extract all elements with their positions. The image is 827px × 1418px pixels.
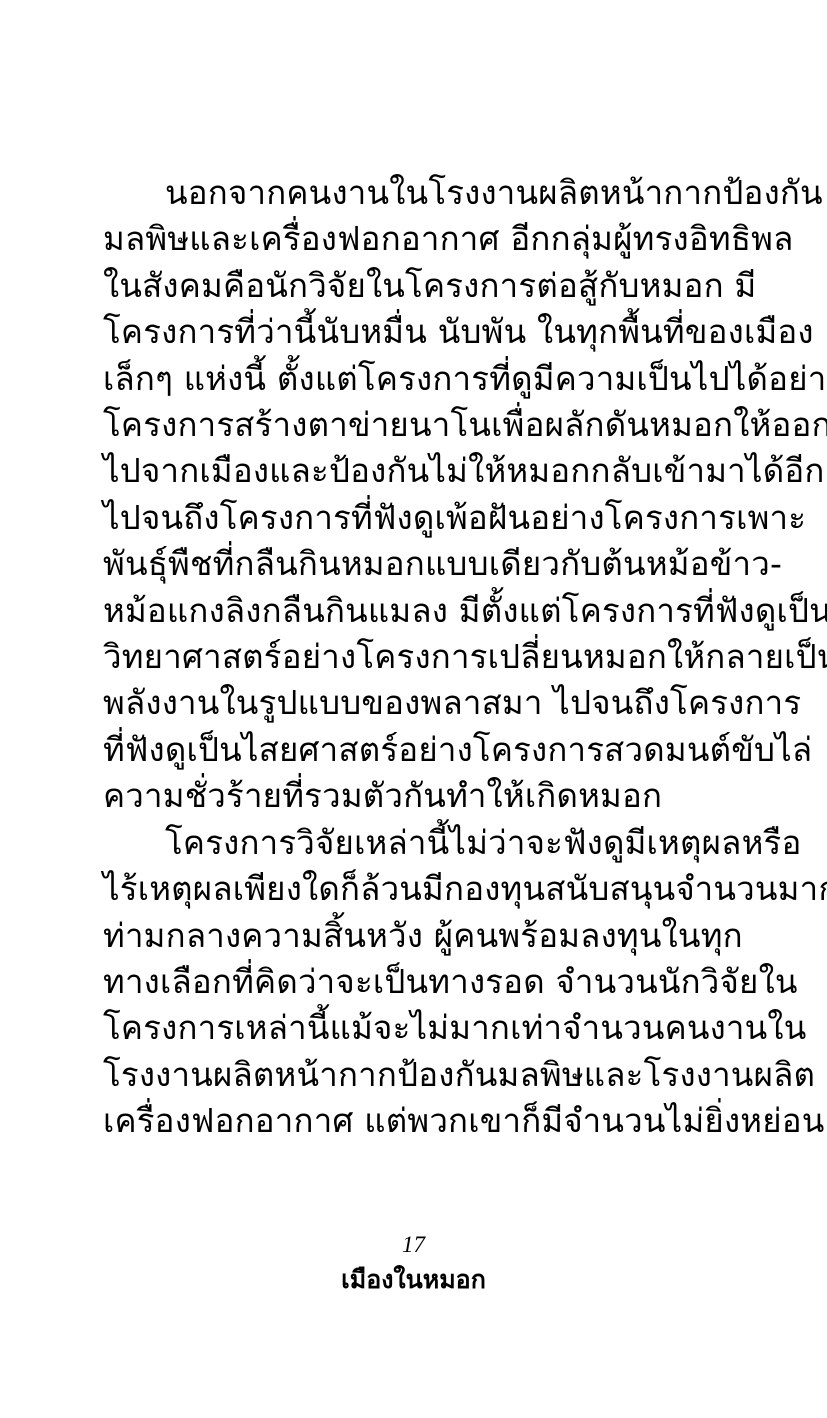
paragraph-2: โครงการวิจัยเหล่านี้ไม่ว่าจะฟังดูมีเหตุผ… <box>103 820 703 1145</box>
text-line: ที่ฟังดูเป็นไสยศาสตร์อย่างโครงการสวดมนต์… <box>103 727 703 773</box>
text-line: มลพิษและเครื่องฟอกอากาศ อีกกลุ่มผู้ทรงอิ… <box>103 216 703 262</box>
text-line: เล็กๆ แห่งนี้ ตั้งแต่โครงการที่ดูมีความเ… <box>103 356 703 402</box>
text-line: วิทยาศาสตร์อย่างโครงการเปลี่ยนหมอกให้กลา… <box>103 634 703 680</box>
book-page: นอกจากคนงานในโรงงานผลิตหน้ากากป้องกัน มล… <box>0 0 827 1418</box>
text-line: ไร้เหตุผลเพียงใดก็ล้วนมีกองทุนสนับสนุนจำ… <box>103 866 703 912</box>
text-line: ไปจากเมืองและป้องกันไม่ให้หมอกกลับเข้ามา… <box>103 448 703 494</box>
text-line: โครงการเหล่านี้แม้จะไม่มากเท่าจำนวนคนงาน… <box>103 1005 703 1051</box>
text-line: ในสังคมคือนักวิจัยในโครงการต่อสู้กับหมอก… <box>103 263 703 309</box>
text-line: โครงการที่ว่านี้นับหมื่น นับพัน ในทุกพื้… <box>103 309 703 355</box>
running-title: เมืองในหมอก <box>0 1263 827 1297</box>
text-line: ทางเลือกที่คิดว่าจะเป็นทางรอด จำนวนนักวิ… <box>103 959 703 1005</box>
page-number: 17 <box>0 1231 827 1259</box>
text-line: พลังงานในรูปแบบของพลาสมา ไปจนถึงโครงการ <box>103 680 703 726</box>
text-line: ไปจนถึงโครงการที่ฟังดูเพ้อฝันอย่างโครงกา… <box>103 495 703 541</box>
text-line: พันธุ์พืชที่กลืนกินหมอกแบบเดียวกับต้นหม้… <box>103 541 703 587</box>
text-line: ความชั่วร้ายที่รวมตัวกันทำให้เกิดหมอก <box>103 773 703 819</box>
text-line: หม้อแกงลิงกลืนกินแมลง มีตั้งแต่โครงการที… <box>103 588 703 634</box>
text-line: โครงการสร้างตาข่ายนาโนเพื่อผลักดันหมอกให… <box>103 402 703 448</box>
text-line: ท่ามกลางความสิ้นหวัง ผู้คนพร้อมลงทุนในทุ… <box>103 913 703 959</box>
text-line: เครื่องฟอกอากาศ แต่พวกเขาก็มีจำนวนไม่ยิ่… <box>103 1098 703 1144</box>
body-text: นอกจากคนงานในโรงงานผลิตหน้ากากป้องกัน มล… <box>103 170 703 1145</box>
text-line: นอกจากคนงานในโรงงานผลิตหน้ากากป้องกัน <box>103 170 703 216</box>
paragraph-1: นอกจากคนงานในโรงงานผลิตหน้ากากป้องกัน มล… <box>103 170 703 820</box>
text-line: โครงการวิจัยเหล่านี้ไม่ว่าจะฟังดูมีเหตุผ… <box>103 820 703 866</box>
text-line: โรงงานผลิตหน้ากากป้องกันมลพิษและโรงงานผล… <box>103 1052 703 1098</box>
